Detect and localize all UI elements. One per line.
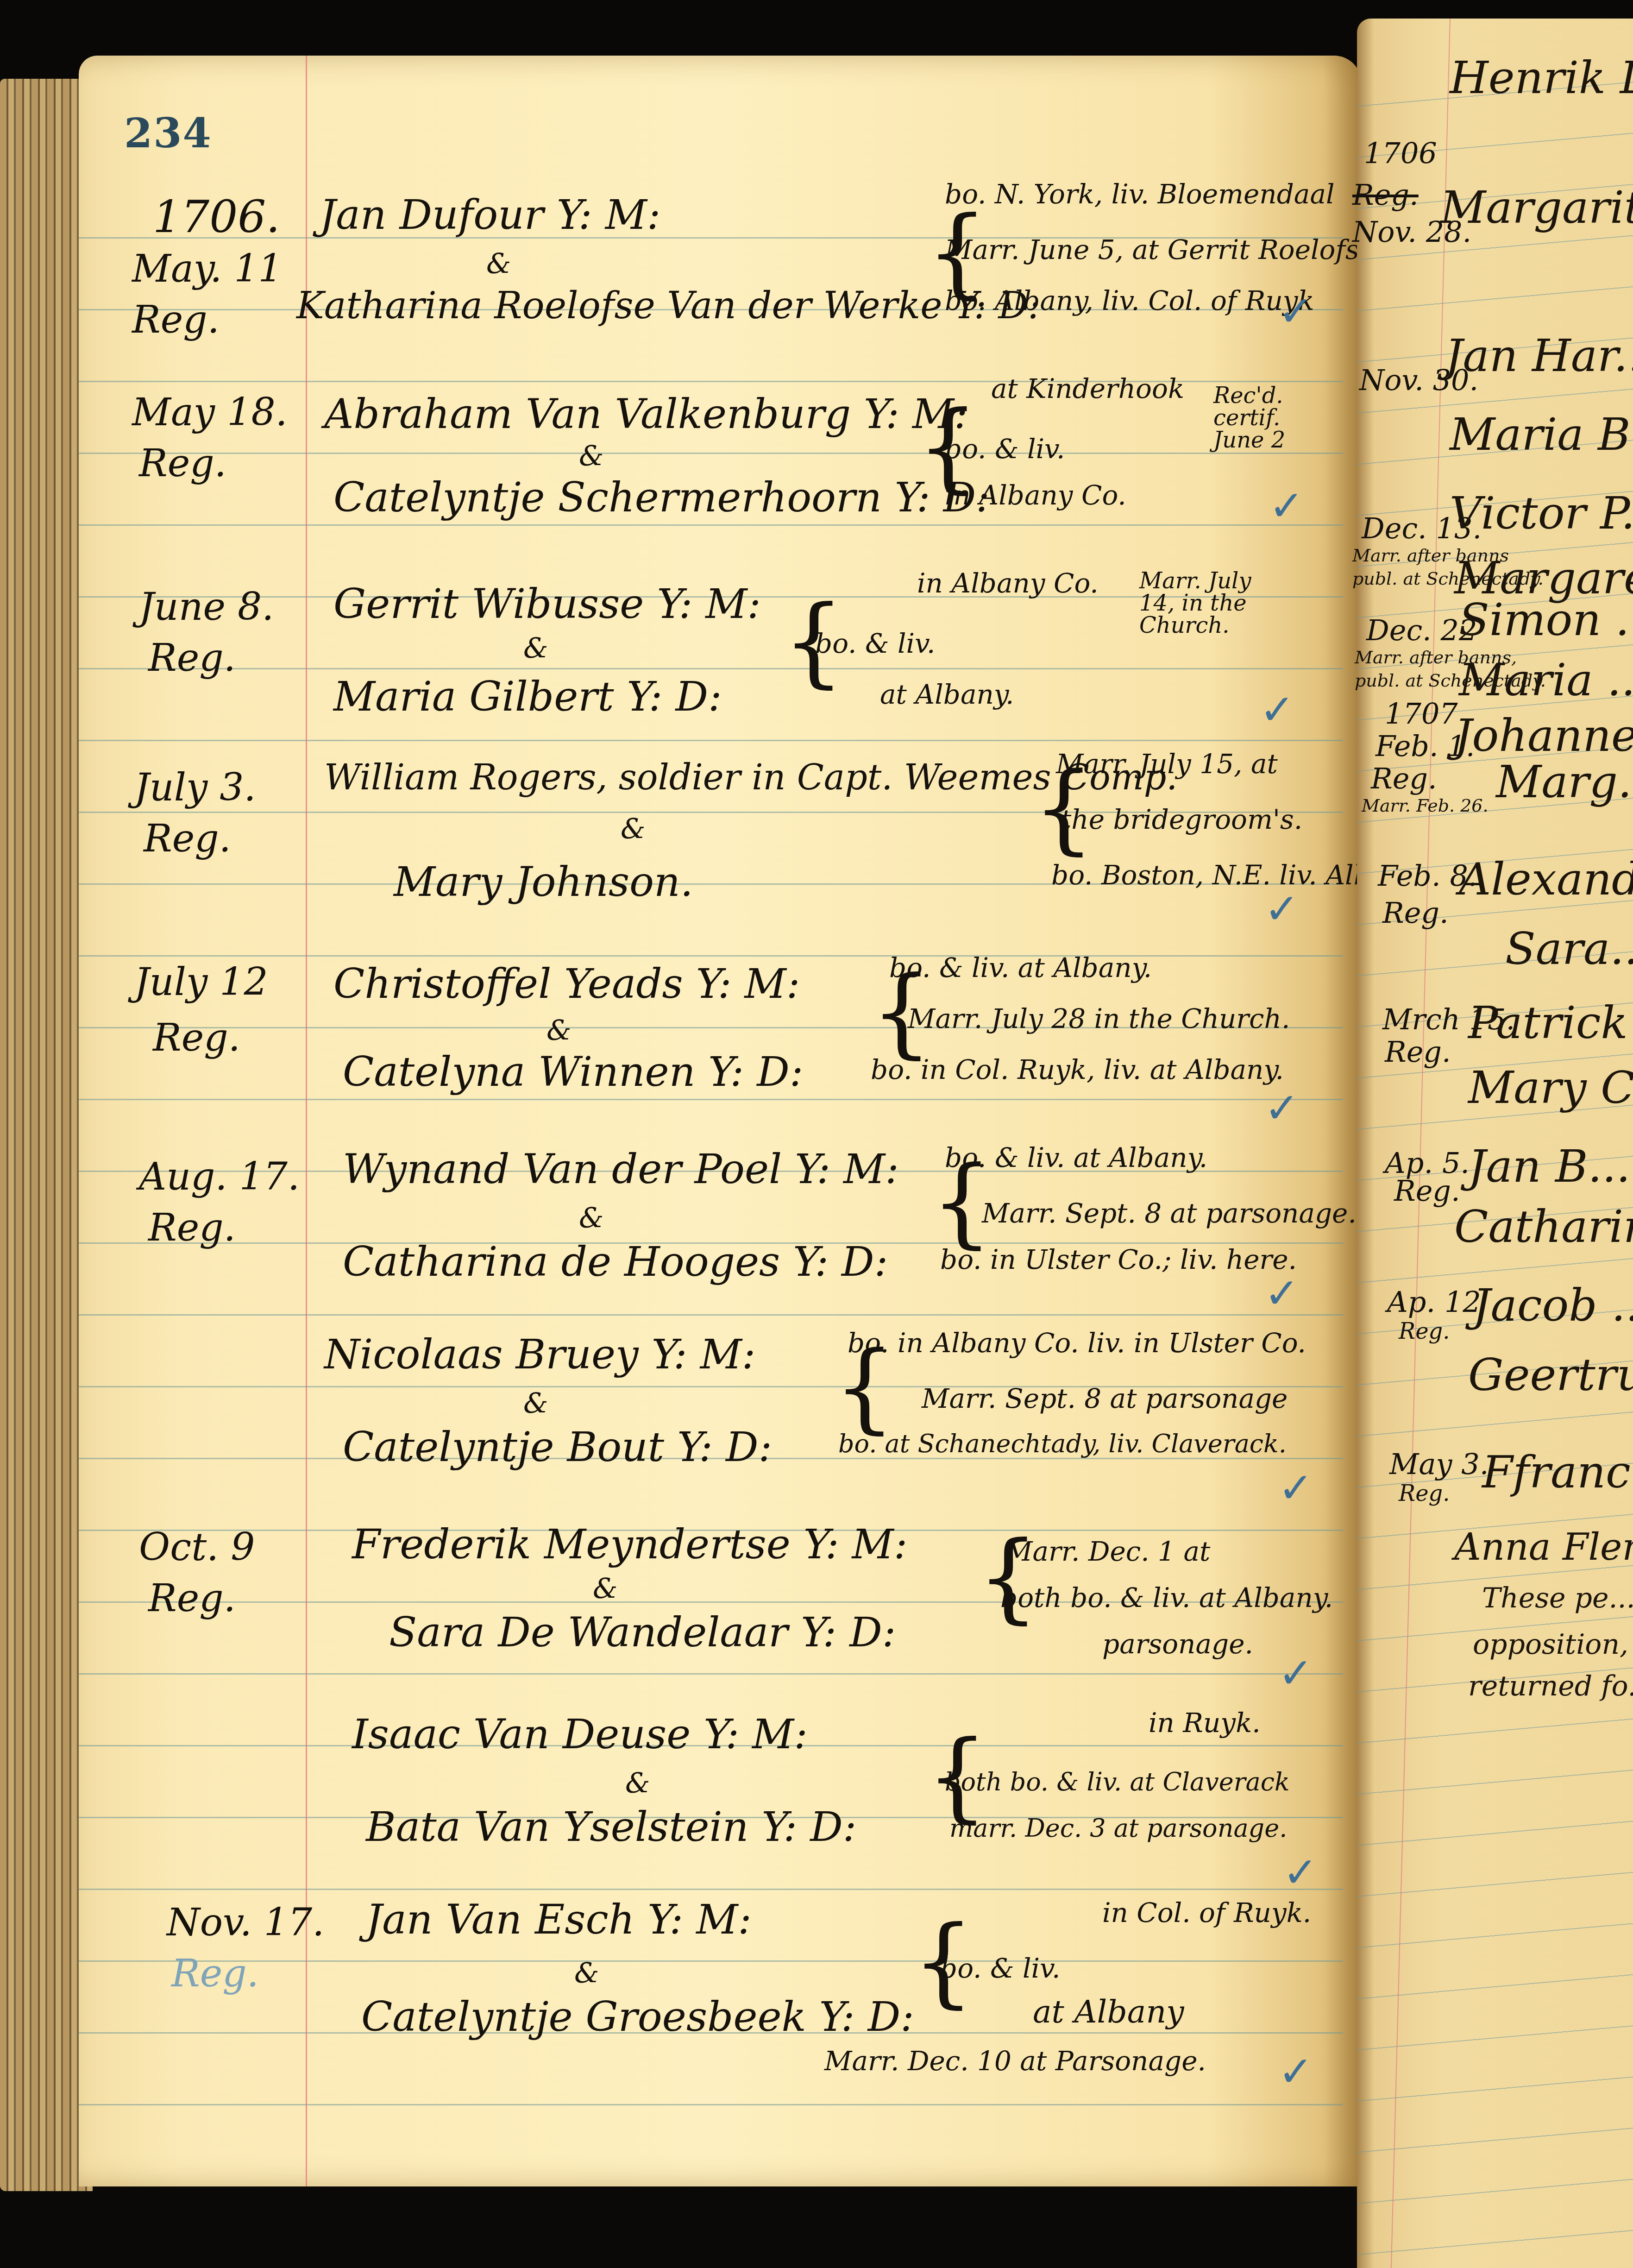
facing-date: May 3. bbox=[1389, 1450, 1489, 1479]
entry-date: Aug. 17. bbox=[139, 1158, 300, 1196]
facing-name: Alexande... bbox=[1459, 857, 1633, 901]
bride-name: Maria Gilbert Y: D: bbox=[333, 676, 722, 717]
pair-connector: & bbox=[523, 635, 548, 662]
entry-note: Marr. Dec. 10 at Parsonage. bbox=[824, 2047, 1206, 2074]
checkmark-icon: ✓ bbox=[1264, 885, 1299, 933]
facing-note: returned fo... bbox=[1468, 1672, 1633, 1700]
entry-note: at Albany. bbox=[880, 681, 1014, 708]
bride-name: Catelyntje Bout Y: D: bbox=[343, 1427, 772, 1468]
checkmark-icon: ✓ bbox=[1278, 287, 1313, 336]
groom-name: Jan Van Esch Y: M: bbox=[366, 1899, 752, 1940]
bride-name: Catelyntje Schermerhoorn Y: D: bbox=[333, 477, 990, 518]
entry-reg: Reg. bbox=[144, 820, 231, 858]
facing-reg: Reg. bbox=[1371, 764, 1437, 793]
entry-note: Marr. Dec. 1 at bbox=[1005, 1538, 1210, 1565]
pair-connector: & bbox=[486, 250, 511, 278]
entry-note: parsonage. bbox=[1102, 1631, 1253, 1657]
pair-connector: & bbox=[574, 1959, 599, 1987]
entry-note: Rec'd. certif. June 2 bbox=[1213, 384, 1306, 451]
pair-connector: & bbox=[523, 1390, 548, 1417]
entry-note: bo. & liv. bbox=[815, 630, 935, 657]
entry-note: Marr. June 5, at Gerrit Roelofse's. bbox=[945, 236, 1405, 263]
facing-date: Ap. 5. bbox=[1385, 1149, 1470, 1178]
facing-reg: Reg. bbox=[1399, 1320, 1450, 1342]
entry-note: Marr. July 28 in the Church. bbox=[908, 1005, 1290, 1032]
checkmark-icon: ✓ bbox=[1278, 2047, 1313, 2096]
checkmark-icon: ✓ bbox=[1260, 686, 1294, 734]
facing-name: Johanne... bbox=[1454, 713, 1633, 758]
pair-connector: & bbox=[579, 1204, 603, 1232]
groom-name: Abraham Van Valkenburg Y: M: bbox=[324, 394, 968, 435]
facing-name: Jan B... bbox=[1468, 1144, 1630, 1189]
entry-note: bo. & liv. at Albany. bbox=[945, 1144, 1207, 1171]
entry-note: marr. Dec. 3 at parsonage. bbox=[949, 1816, 1287, 1841]
entry-note: in Albany Co. bbox=[945, 482, 1126, 509]
entry-reg: Reg. bbox=[148, 639, 236, 677]
checkmark-icon: ✓ bbox=[1278, 1464, 1313, 1512]
groom-name: Jan Dufour Y: M: bbox=[320, 195, 660, 235]
groom-name: Nicolaas Bruey Y: M: bbox=[324, 1334, 755, 1375]
entry-note: bo. N. York, liv. Bloemendaal bbox=[945, 181, 1335, 208]
margin-line bbox=[306, 56, 307, 2186]
entry-note: bo. & liv. bbox=[940, 1955, 1060, 1982]
entry-note: the bridegroom's. bbox=[1061, 806, 1302, 833]
bride-name: Catelyntje Groesbeek Y: D: bbox=[361, 1997, 914, 2037]
groom-name: Isaac Van Deuse Y: M: bbox=[352, 1714, 808, 1755]
entry-note: Marr. Sept. 8 at parsonage bbox=[922, 1385, 1288, 1412]
groom-name: Wynand Van der Poel Y: M: bbox=[343, 1149, 899, 1190]
groom-name: Gerrit Wibusse Y: M: bbox=[333, 584, 761, 624]
entry-note: bo. in Col. Ruyk, liv. at Albany. bbox=[871, 1056, 1284, 1083]
checkmark-icon: ✓ bbox=[1283, 1848, 1318, 1897]
facing-name: Anna Flem... bbox=[1454, 1529, 1633, 1566]
entry-reg: Reg. bbox=[148, 1580, 236, 1618]
groom-name: Frederik Meyndertse Y: M: bbox=[352, 1524, 907, 1565]
facing-name: Victor P... bbox=[1450, 491, 1633, 535]
facing-date: 1706 bbox=[1364, 139, 1437, 168]
facing-name: Ffranc... bbox=[1482, 1450, 1633, 1494]
entry-date: Oct. 9 bbox=[139, 1529, 255, 1567]
checkmark-icon: ✓ bbox=[1264, 1269, 1299, 1318]
entry-note: in Ruyk. bbox=[1149, 1709, 1261, 1736]
facing-name: Mary C... bbox=[1468, 1065, 1633, 1110]
facing-reg: Reg. bbox=[1385, 1038, 1451, 1066]
entry-note: at Kinderhook bbox=[991, 375, 1184, 402]
entry-date: May 18. bbox=[132, 394, 288, 432]
bride-name: Sara De Wandelaar Y: D: bbox=[389, 1612, 896, 1653]
page-number: 234 bbox=[124, 109, 212, 157]
entry-reg: Reg. bbox=[148, 1209, 236, 1247]
facing-name: Margarita ... bbox=[1440, 185, 1633, 230]
entry-note: Marr. Sept. 8 at parsonage. bbox=[982, 1200, 1357, 1227]
entry-note: Marr. July 14, in the Church. bbox=[1139, 570, 1278, 636]
facing-reg: Reg. bbox=[1352, 181, 1419, 209]
entry-reg: Reg. bbox=[132, 301, 220, 339]
bride-name: Bata Van Yselstein Y: D: bbox=[366, 1807, 856, 1847]
entry-note: at Albany bbox=[1033, 1997, 1184, 2028]
checkmark-icon: ✓ bbox=[1278, 1649, 1313, 1698]
entry-note: both bo. & liv. at Albany. bbox=[1000, 1584, 1333, 1611]
entry-note: bo. at Schanechtady, liv. Claverack. bbox=[838, 1431, 1287, 1456]
entry-note: Marr. July 15, at bbox=[1056, 750, 1278, 777]
facing-name: Henrik Le... bbox=[1450, 56, 1633, 100]
facing-name: Sara... bbox=[1505, 926, 1633, 971]
entry-note: in Albany Co. bbox=[917, 570, 1099, 597]
entry-note: in Col. of Ruyk. bbox=[1102, 1899, 1311, 1926]
facing-name: Simon ... bbox=[1459, 598, 1633, 642]
facing-name: Jacob ... bbox=[1473, 1283, 1633, 1328]
entry-note: bo. Albany, liv. Col. of Ruyk bbox=[945, 287, 1314, 314]
bride-name: Catharina de Hooges Y: D: bbox=[343, 1241, 888, 1282]
checkmark-icon: ✓ bbox=[1269, 482, 1304, 530]
bride-name: Catelyna Winnen Y: D: bbox=[343, 1052, 803, 1092]
entry-note: bo. & liv. bbox=[945, 435, 1065, 462]
facing-note: Marr. Feb. 26. bbox=[1362, 797, 1489, 814]
facing-name: Patrick ... bbox=[1468, 1001, 1633, 1045]
facing-name: Maria ... bbox=[1459, 658, 1633, 702]
entry-note: bo. & liv. at Albany. bbox=[889, 954, 1152, 981]
facing-name: Jan Har... bbox=[1445, 334, 1633, 378]
year-heading: 1706. bbox=[153, 195, 280, 239]
facing-note: opposition, bbox=[1473, 1631, 1628, 1658]
bride-name: Mary Johnson. bbox=[394, 862, 693, 902]
entry-reg: Reg. bbox=[171, 1955, 259, 1993]
facing-reg: Reg. bbox=[1382, 899, 1449, 927]
pair-connector: & bbox=[546, 1017, 571, 1045]
facing-name: Marg... bbox=[1496, 760, 1633, 804]
pair-connector: & bbox=[621, 815, 645, 843]
groom-name: Christoffel Yeads Y: M: bbox=[333, 964, 800, 1004]
pair-connector: & bbox=[593, 1575, 617, 1603]
pair-connector: & bbox=[625, 1770, 650, 1797]
pair-connector: & bbox=[579, 442, 603, 470]
entry-note: both bo. & liv. at Claverack bbox=[945, 1770, 1290, 1795]
entry-date: Nov. 17. bbox=[167, 1904, 324, 1942]
facing-date: Ap. 12 bbox=[1387, 1288, 1481, 1317]
entry-date: July 12 bbox=[134, 964, 268, 1002]
facing-year: 1707 bbox=[1385, 699, 1458, 728]
facing-note: These pe... bbox=[1482, 1584, 1633, 1612]
entry-reg: Reg. bbox=[139, 445, 226, 483]
checkmark-icon: ✓ bbox=[1264, 1084, 1299, 1133]
facing-name: Geertruy... bbox=[1468, 1353, 1633, 1397]
facing-name: Catharina... bbox=[1454, 1204, 1633, 1249]
facing-name: Maria B... bbox=[1450, 412, 1633, 457]
entry-date: June 8. bbox=[139, 588, 274, 626]
entry-reg: Reg. bbox=[153, 1019, 240, 1057]
facing-reg: Reg. bbox=[1394, 1177, 1460, 1205]
entry-date: July 3. bbox=[134, 769, 256, 807]
facing-reg: Reg. bbox=[1399, 1482, 1450, 1505]
entry-note: bo. in Albany Co. liv. in Ulster Co. bbox=[848, 1329, 1306, 1356]
entry-date: May. 11 bbox=[132, 250, 283, 288]
entry-note: bo. in Ulster Co.; liv. here. bbox=[940, 1246, 1297, 1273]
